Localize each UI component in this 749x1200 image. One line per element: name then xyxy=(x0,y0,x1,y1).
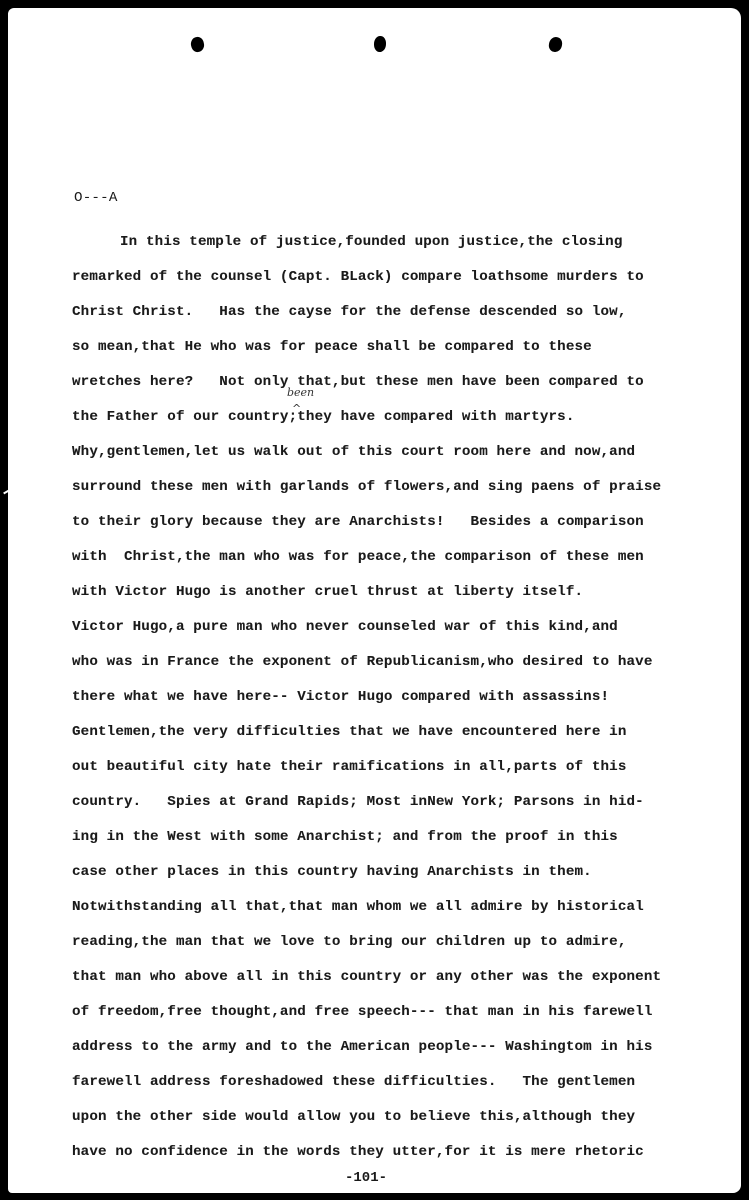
text-line: with Victor Hugo is another cruel thrust… xyxy=(72,581,661,616)
text-line: Christ Christ. Has the cayse for the def… xyxy=(72,301,661,336)
section-code: O---A xyxy=(74,190,118,206)
text-line: Why,gentlemen,let us walk out of this co… xyxy=(72,441,661,476)
text-line: country. Spies at Grand Rapids; Most inN… xyxy=(72,791,661,826)
page-number: -101- xyxy=(345,1170,387,1186)
text-line: Gentlemen,the very difficulties that we … xyxy=(72,721,661,756)
text-line: of freedom,free thought,and free speech-… xyxy=(72,1001,661,1036)
text-line: surround these men with garlands of flow… xyxy=(72,476,661,511)
text-line: ing in the West with some Anarchist; and… xyxy=(72,826,661,861)
text-line: so mean,that He who was for peace shall … xyxy=(72,336,661,371)
text-line: case other places in this country having… xyxy=(72,861,661,896)
text-line: remarked of the counsel (Capt. BLack) co… xyxy=(72,266,661,301)
text-line: with Christ,the man who was for peace,th… xyxy=(72,546,661,581)
text-line: wretches here? Not only that,but these m… xyxy=(72,371,661,406)
typed-text-body: In this temple of justice,founded upon j… xyxy=(72,231,661,1176)
text-line: upon the other side would allow you to b… xyxy=(72,1106,661,1141)
text-line: farewell address foreshadowed these diff… xyxy=(72,1071,661,1106)
text-line: who was in France the exponent of Republ… xyxy=(72,651,661,686)
text-line: Victor Hugo,a pure man who never counsel… xyxy=(72,616,661,651)
text-line: out beautiful city hate their ramificati… xyxy=(72,756,661,791)
punch-hole-left xyxy=(189,36,205,54)
text-line: Notwithstanding all that,that man whom w… xyxy=(72,896,661,931)
text-line: to their glory because they are Anarchis… xyxy=(72,511,661,546)
text-line: that man who above all in this country o… xyxy=(72,966,661,1001)
punch-hole-center xyxy=(374,36,386,52)
text-line: the Father of our country;they have comp… xyxy=(72,406,661,441)
punch-hole-right xyxy=(548,36,563,53)
text-line: there what we have here-- Victor Hugo co… xyxy=(72,686,661,721)
text-line: In this temple of justice,founded upon j… xyxy=(72,231,661,266)
text-line: address to the army and to the American … xyxy=(72,1036,661,1071)
text-line: reading,the man that we love to bring ou… xyxy=(72,931,661,966)
